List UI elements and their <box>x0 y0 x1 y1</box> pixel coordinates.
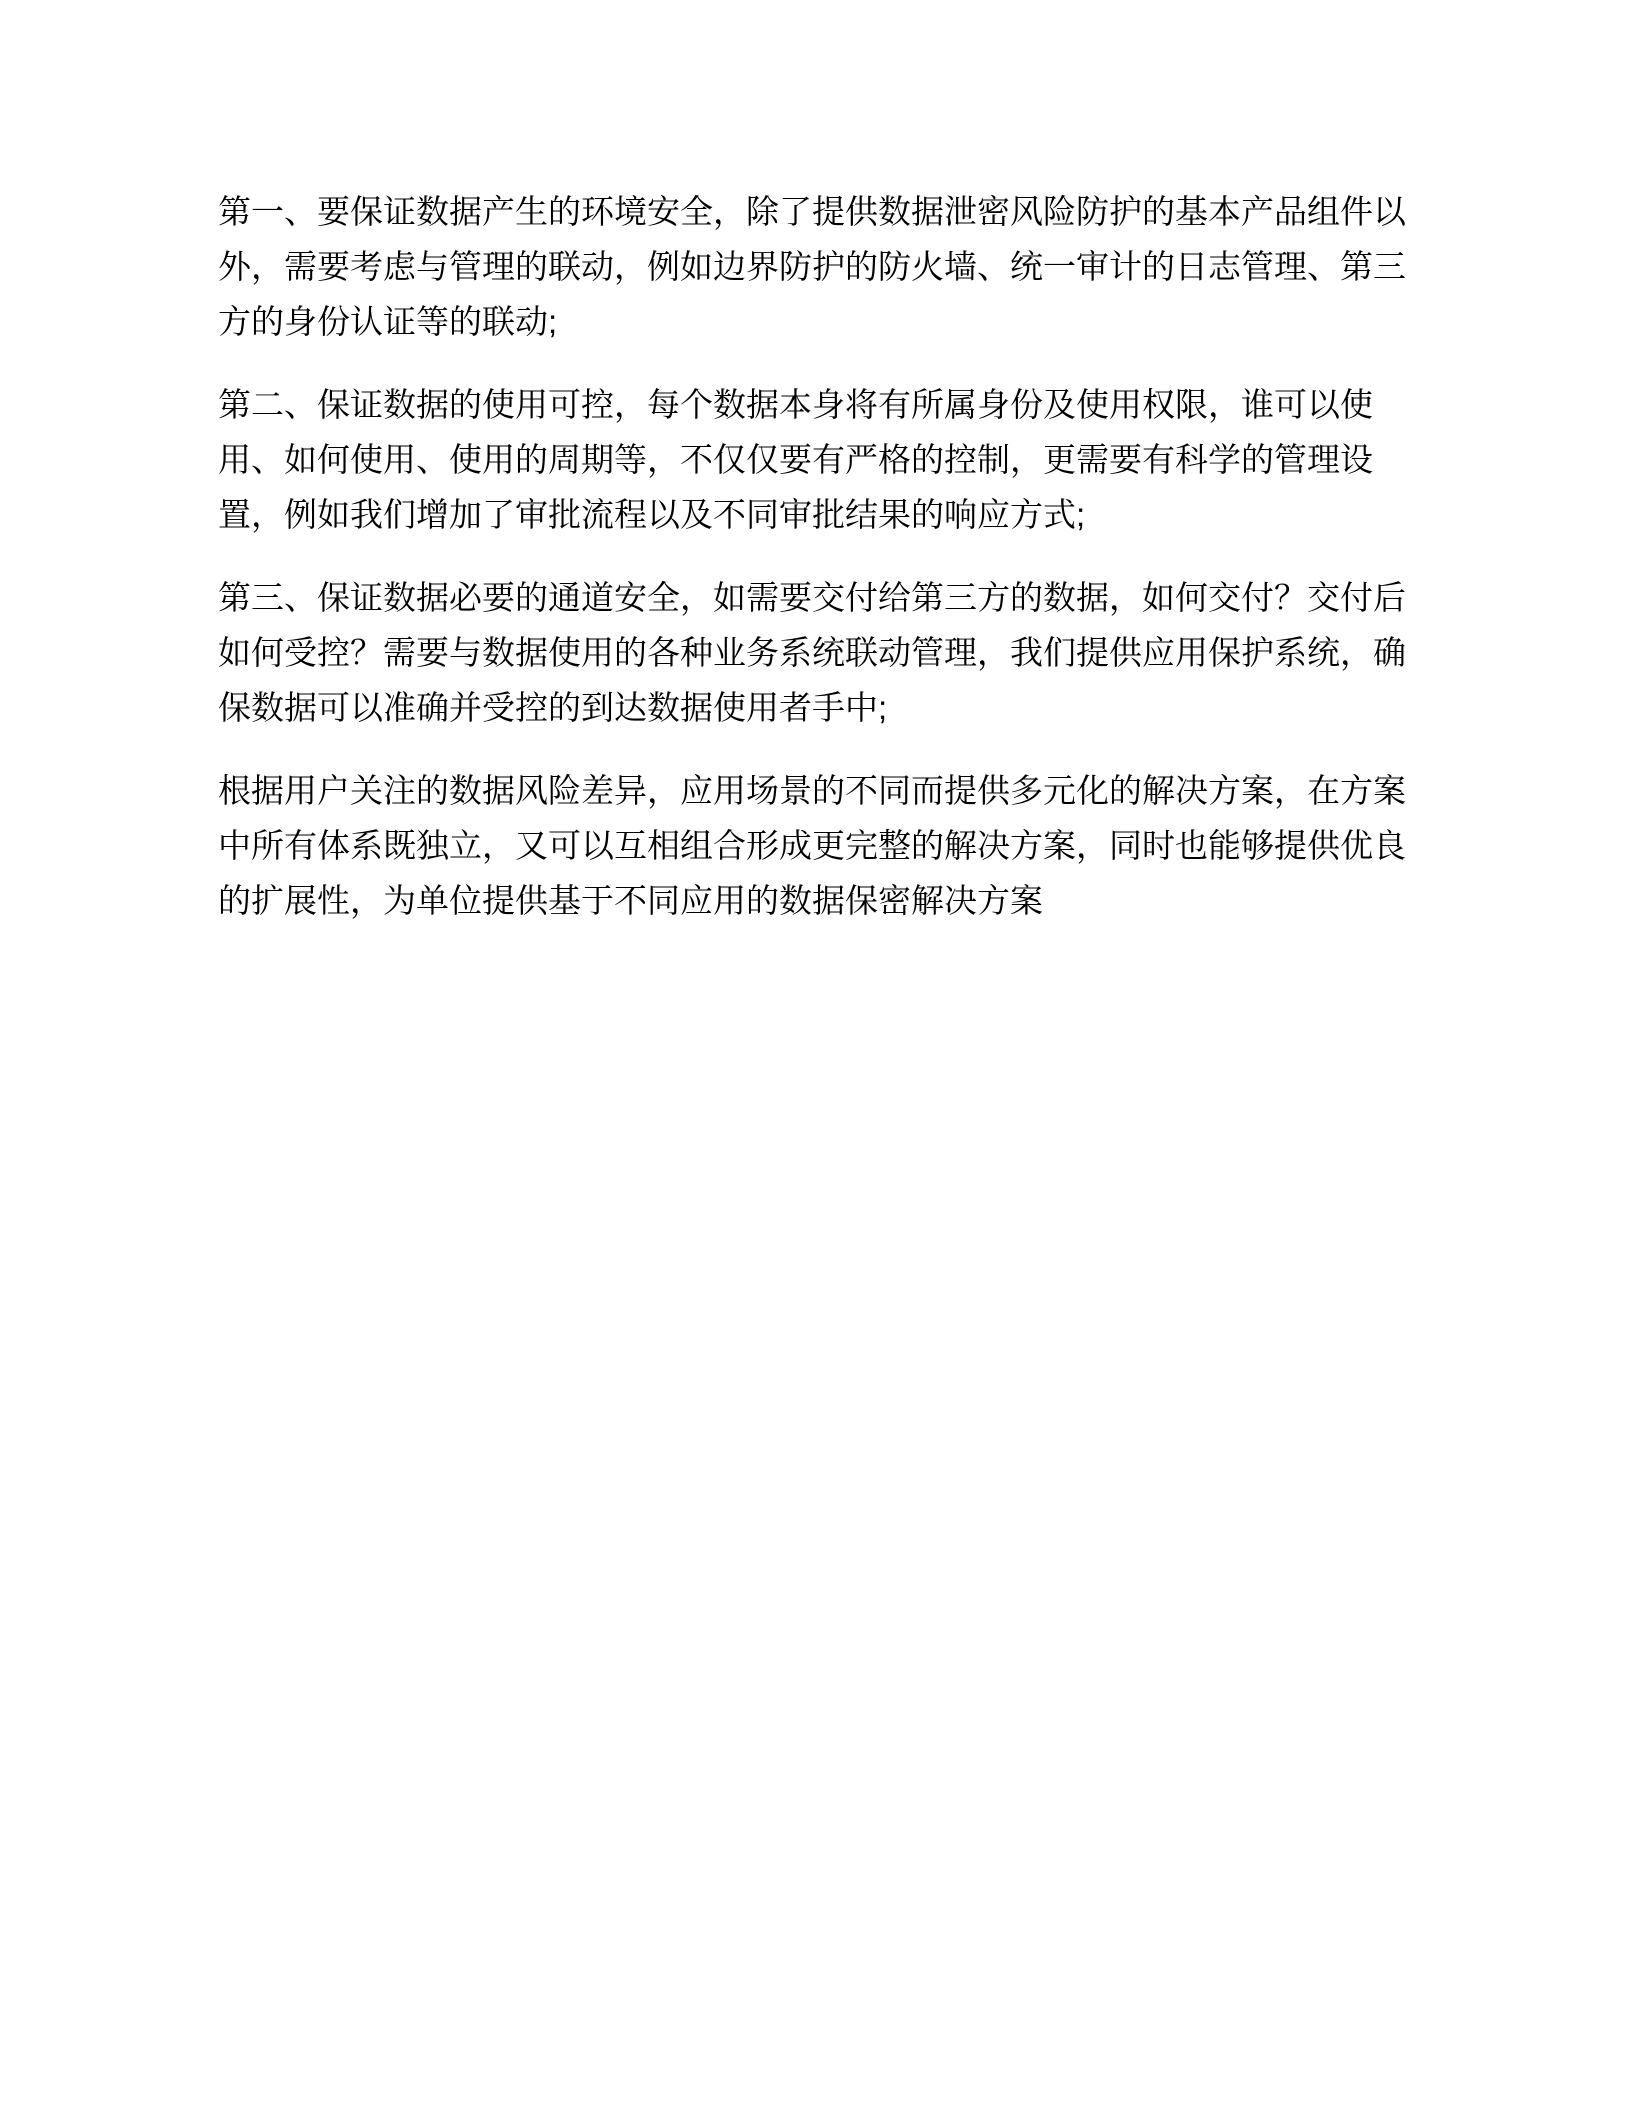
paragraph-2: 第二、保证数据的使用可控，每个数据本身将有所属身份及使用权限，谁可以使用、如何使… <box>218 377 1414 542</box>
paragraph-4: 根据用户关注的数据风险差异，应用场景的不同而提供多元化的解决方案，在方案中所有体… <box>218 763 1414 928</box>
document-page: 第一、要保证数据产生的环境安全，除了提供数据泄密风险防护的基本产品组件以外，需要… <box>0 0 1632 2112</box>
document-body: 第一、要保证数据产生的环境安全，除了提供数据泄密风险防护的基本产品组件以外，需要… <box>218 184 1414 928</box>
paragraph-3: 第三、保证数据必要的通道安全，如需要交付给第三方的数据，如何交付？交付后如何受控… <box>218 570 1414 735</box>
paragraph-1: 第一、要保证数据产生的环境安全，除了提供数据泄密风险防护的基本产品组件以外，需要… <box>218 184 1414 349</box>
